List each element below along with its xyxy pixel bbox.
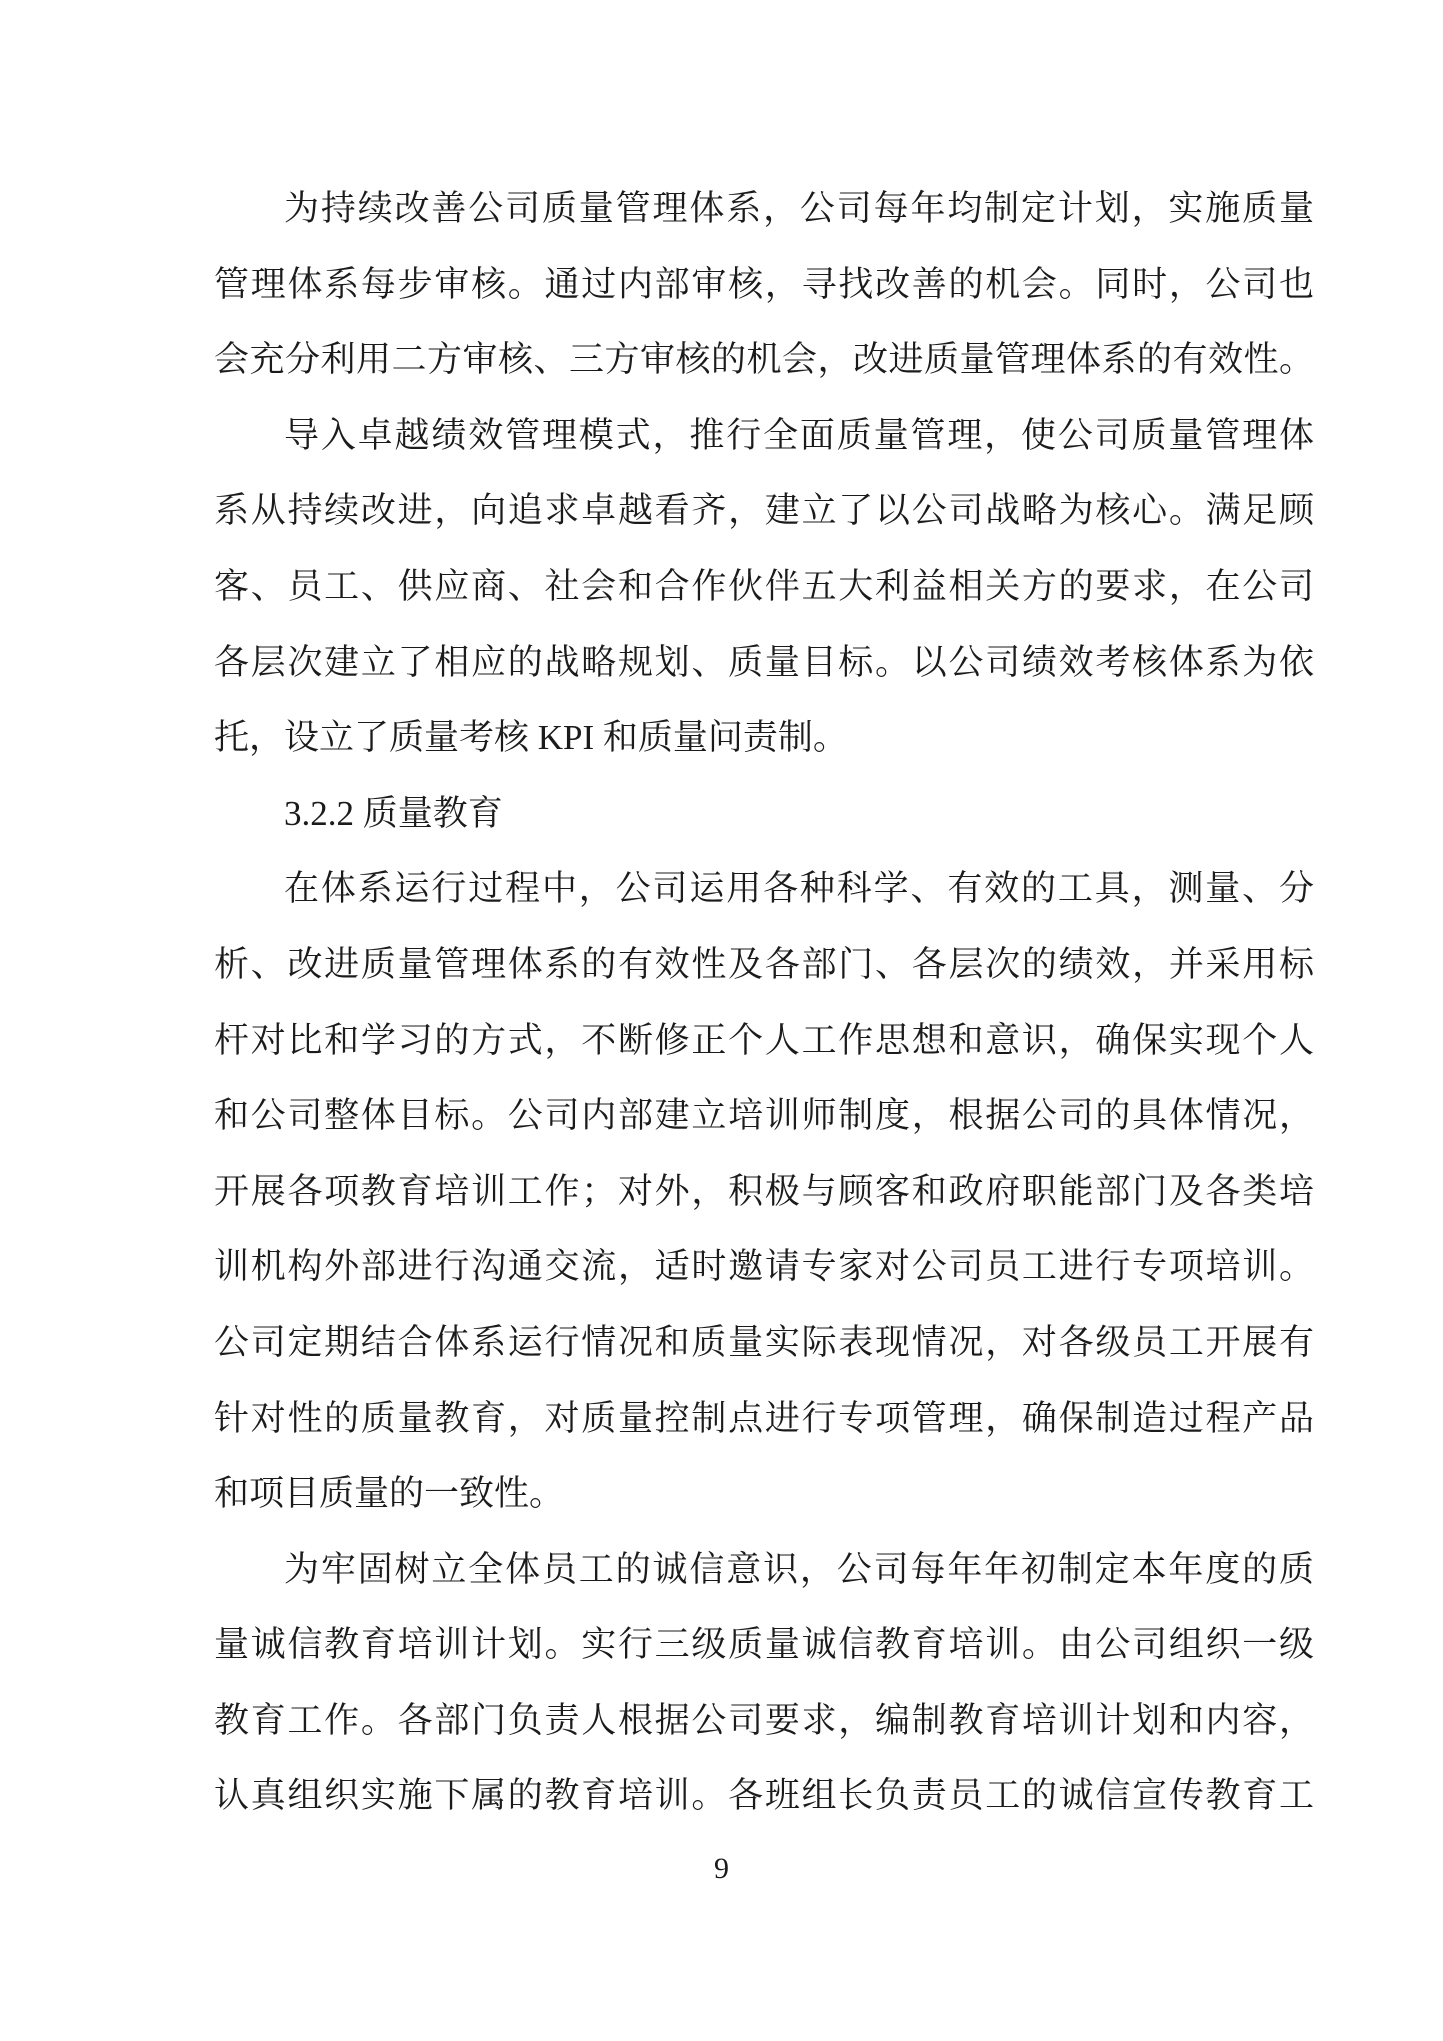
body-line: 析、改进质量管理体系的有效性及各部门、各层次的绩效，并采用标 [214, 927, 1314, 1003]
body-line: 公司定期结合体系运行情况和质量实际表现情况，对各级员工开展有 [214, 1305, 1314, 1381]
body-line: 为持续改善公司质量管理体系，公司每年均制定计划，实施质量 [214, 171, 1314, 247]
body-line: 和公司整体目标。公司内部建立培训师制度，根据公司的具体情况， [214, 1078, 1314, 1154]
paragraph-quality-education: 在体系运行过程中，公司运用各种科学、有效的工具，测量、分 析、改进质量管理体系的… [214, 851, 1314, 1531]
body-line: 训机构外部进行沟通交流，适时邀请专家对公司员工进行专项培训。 [214, 1229, 1314, 1305]
body-line: 针对性的质量教育，对质量控制点进行专项管理，确保制造过程产品 [214, 1381, 1314, 1457]
body-line: 和项目质量的一致性。 [214, 1456, 1314, 1532]
body-line: 各层次建立了相应的战略规划、质量目标。以公司绩效考核体系为依 [214, 625, 1314, 701]
page-number: 9 [0, 1851, 1443, 1887]
document-body: 为持续改善公司质量管理体系，公司每年均制定计划，实施质量 管理体系每步审核。通过… [214, 171, 1314, 1834]
body-line: 系从持续改进，向追求卓越看齐，建立了以公司战略为核心。满足顾 [214, 473, 1314, 549]
body-line: 认真组织实施下属的教育培训。各班组长负责员工的诚信宣传教育工 [214, 1758, 1314, 1834]
body-line: 在体系运行过程中，公司运用各种科学、有效的工具，测量、分 [214, 851, 1314, 927]
section-heading: 3.2.2 质量教育 [214, 776, 1314, 852]
body-line: 管理体系每步审核。通过内部审核，寻找改善的机会。同时，公司也 [214, 247, 1314, 323]
body-line: 会充分利用二方审核、三方审核的机会，改进质量管理体系的有效性。 [214, 322, 1314, 398]
body-line: 客、员工、供应商、社会和合作伙伴五大利益相关方的要求，在公司 [214, 549, 1314, 625]
body-line: 开展各项教育培训工作；对外，积极与顾客和政府职能部门及各类培 [214, 1154, 1314, 1230]
body-line: 导入卓越绩效管理模式，推行全面质量管理，使公司质量管理体 [214, 398, 1314, 474]
body-line: 量诚信教育培训计划。实行三级质量诚信教育培训。由公司组织一级 [214, 1607, 1314, 1683]
body-line: 杆对比和学习的方式，不断修正个人工作思想和意识，确保实现个人 [214, 1003, 1314, 1079]
body-line: 托，设立了质量考核 KPI 和质量问责制。 [214, 700, 1314, 776]
paragraph-integrity-training: 为牢固树立全体员工的诚信意识，公司每年年初制定本年度的质 量诚信教育培训计划。实… [214, 1532, 1314, 1834]
body-line: 教育工作。各部门负责人根据公司要求，编制教育培训计划和内容， [214, 1683, 1314, 1759]
section-3-2-2: 3.2.2 质量教育 [214, 776, 1314, 852]
document-page: 为持续改善公司质量管理体系，公司每年均制定计划，实施质量 管理体系每步审核。通过… [0, 0, 1443, 2041]
paragraph-performance-model: 导入卓越绩效管理模式，推行全面质量管理，使公司质量管理体 系从持续改进，向追求卓… [214, 398, 1314, 776]
body-line: 为牢固树立全体员工的诚信意识，公司每年年初制定本年度的质 [214, 1532, 1314, 1608]
paragraph-audit: 为持续改善公司质量管理体系，公司每年均制定计划，实施质量 管理体系每步审核。通过… [214, 171, 1314, 398]
